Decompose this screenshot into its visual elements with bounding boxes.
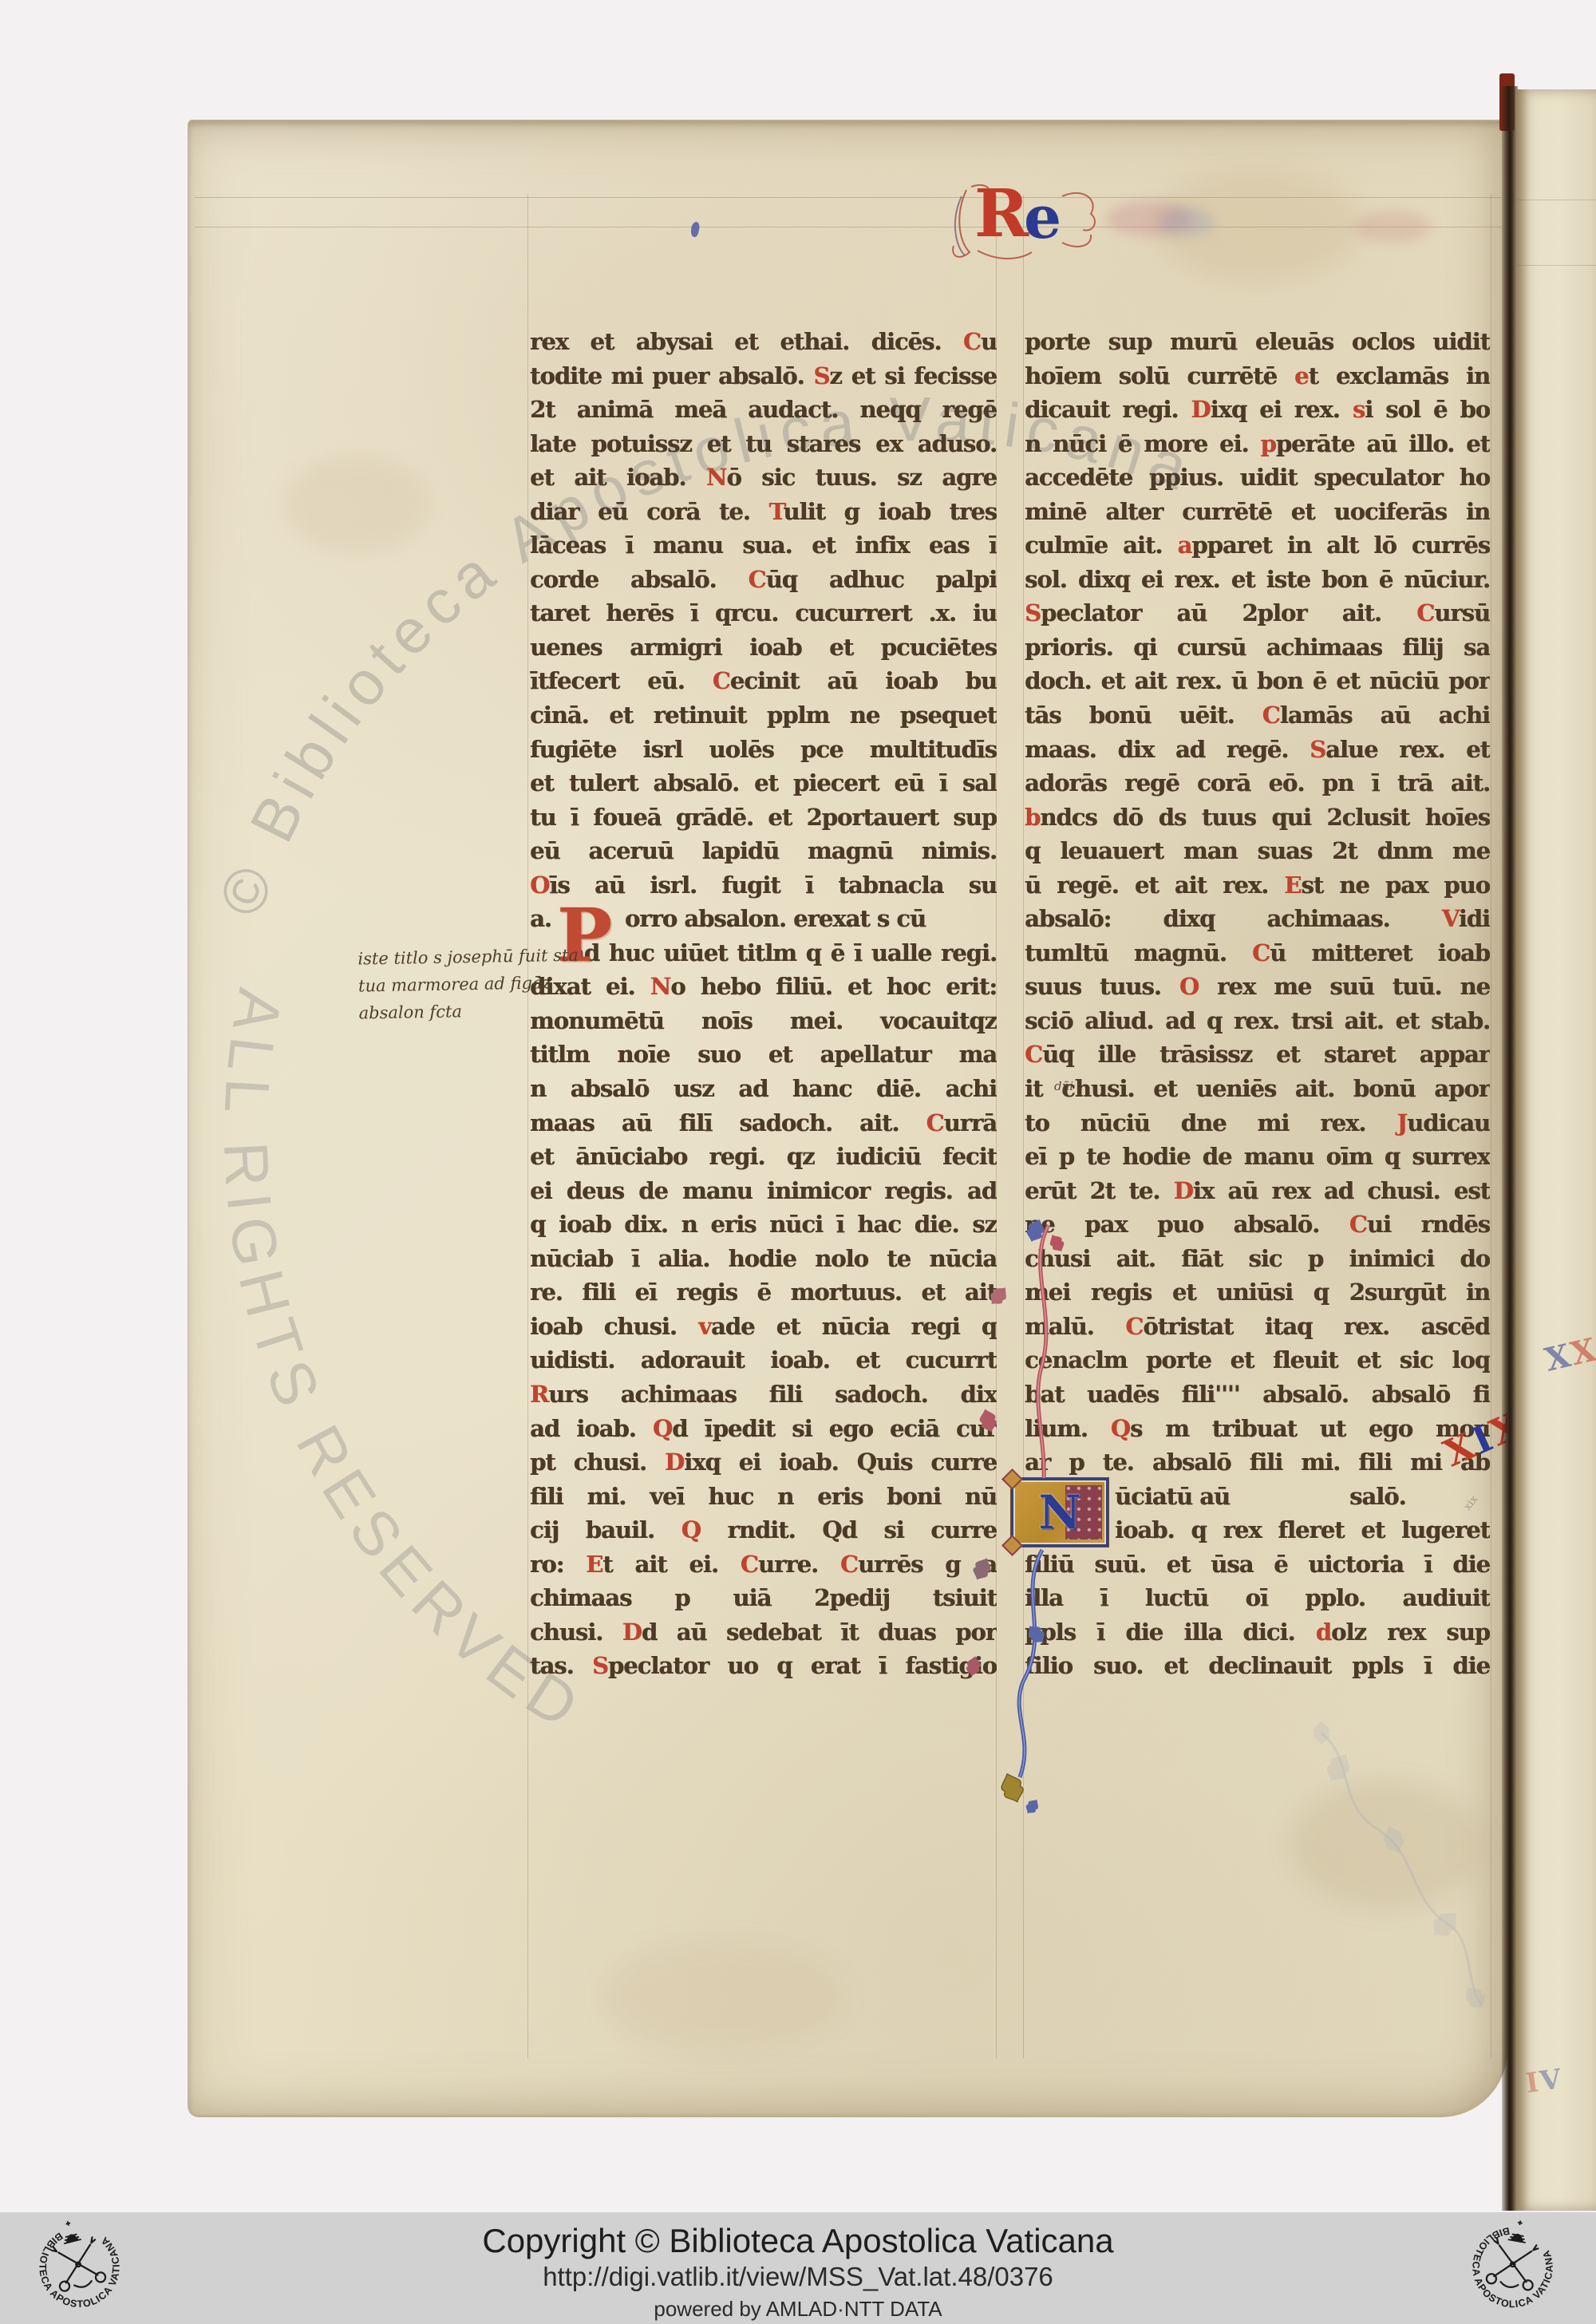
text-line: prioris. qi cursū achimaas filij sa (1025, 630, 1490, 665)
text-segment: chimaas p uiā 2pedij tsiuit (530, 1584, 997, 1611)
text-segment: uenes armigri ioab et pcuciētes (530, 634, 997, 661)
text-segment: t exclamās in (1308, 362, 1490, 389)
text-line: Cūq ille trāsissz et staret appar (1025, 1037, 1490, 1072)
marginal-note-line: absalon fcta (358, 995, 591, 1026)
text-segment: ūq ille trāsissz et staret appar (1042, 1041, 1490, 1068)
text-line: ei deus de manu inimicor regis. ad (530, 1174, 997, 1208)
text-segment: fili mi. veī huc n eris boni nū (530, 1483, 997, 1510)
text-line: eū aceruū lapidū magnū nimis. (530, 834, 997, 868)
text-segment: ū regē. et ait rex. (1025, 871, 1284, 899)
text-line: porte sup murū eleuās oclos uidit (1025, 325, 1490, 359)
chapter-numeral: V (1538, 2063, 1565, 2098)
rubricated-letter: N (650, 973, 671, 1000)
text-segment: corde absalō. (530, 566, 748, 593)
rubricated-letter: b (1025, 804, 1040, 831)
text-line: sciō aliud. ad q rex. trsi ait. et stab. (1025, 1004, 1490, 1038)
text-line: q ioab dix. n eris nūci ī hac die. sz (530, 1207, 997, 1242)
text-segment: alue rex. et (1325, 736, 1490, 763)
text-line: 2t animā meā audact. neqq regē (530, 393, 997, 427)
footer-url: http://digi.vatlib.it/view/MSS_Vat.lat.4… (0, 2262, 1596, 2292)
text-line: cij bauil. Q rndit. Qd si curre (530, 1513, 997, 1547)
ruling-line-horizontal (195, 197, 1502, 198)
text-segment: a. (530, 905, 551, 932)
text-line: titlm noīe suo et apellatur ma (530, 1037, 997, 1072)
footer-copyright: Copyright © Biblioteca Apostolica Vatica… (0, 2222, 1596, 2260)
text-segment: et ānūciabo regi. qz iudiciū fecit (530, 1143, 997, 1170)
text-line: chusi. Dd aū sedebat īt duas por (530, 1615, 997, 1650)
text-segment: suus tuus. (1025, 973, 1179, 1000)
rubricated-letter: D (622, 1618, 642, 1646)
text-segment: pparet in alt lō currēs (1191, 532, 1490, 559)
next-folio-edge: XX IV (1516, 89, 1596, 2211)
text-segment: tu ī foueā grādē. et 2portauert sup (530, 804, 997, 831)
text-segment: q ioab dix. n eris nūci ī hac die. sz (530, 1211, 997, 1238)
text-segment: dicauit regi. (1025, 396, 1191, 423)
text-line: q leuauert man suas 2t dnm me (1025, 834, 1490, 868)
text-segment: n nūci ē more ei. (1025, 430, 1261, 457)
text-segment: prioris. qi cursū achimaas filij sa (1025, 634, 1490, 661)
text-line: tu ī foueā grādē. et 2portauert sup (530, 800, 997, 835)
text-line: et tulert absalō. et piecert eū ī sal (530, 766, 997, 800)
text-line: chimaas p uiā 2pedij tsiuit (530, 1581, 997, 1615)
text-segment: it chusi. et ueniēs ait. bonū apor (1025, 1075, 1490, 1102)
text-segment: urs achimaas fili sadoch. dix (548, 1381, 997, 1408)
text-line: taret herēs ī qrcu. cucurrert .x. iu (530, 596, 997, 630)
text-segment: ad huc uiūet titlm q ē ī ualle regi. (570, 939, 997, 966)
ruling-line-horizontal (195, 227, 1502, 227)
text-segment: eū aceruū lapidū magnū nimis. (530, 837, 997, 864)
text-segment: porte sup murū eleuās oclos uidit (1025, 328, 1490, 355)
text-segment: ursū (1434, 599, 1490, 626)
rubricated-letter: Q (681, 1516, 701, 1543)
rubricated-letter: Q (653, 1415, 672, 1442)
rubricated-letter: C (713, 667, 730, 694)
text-segment: ū mitteret ioab (1270, 939, 1490, 966)
text-line: fili mi. veī huc n eris boni nū (530, 1480, 997, 1514)
text-line: eī p te hodie de manu oīm q surrex (1025, 1140, 1490, 1174)
parchment-stain (1154, 169, 1361, 281)
rubricated-letter: C (926, 1109, 943, 1136)
marginal-note-line: iste titlo s josephū fuit sta (358, 941, 590, 972)
text-line: hoīem solū currētē et exclamās in (1025, 359, 1490, 393)
text-segment: ioab. q rex fleret et lugeret (1115, 1516, 1490, 1543)
text-line: et ait ioab. Nō sic tuus. sz agre (530, 460, 997, 495)
text-line: tas. Speclator uo q erat ī fastigio (530, 1649, 997, 1683)
footer-bar: BIBLIOTECA APOSTOLICA VATICANA Copyright… (0, 2212, 1596, 2324)
rubricated-letter: C (963, 328, 981, 355)
text-line: rex et abysai et ethai. dicēs. Cu (530, 325, 997, 359)
rubricated-letter: a (1177, 532, 1191, 559)
running-header: R e (942, 172, 1134, 276)
text-line: et ānūciabo regi. qz iudiciū fecit (530, 1140, 997, 1174)
text-segment: perāte aū illo. et (1276, 430, 1490, 457)
text-segment: lamās aū achi (1280, 702, 1490, 729)
text-line: pt chusi. Dixq ei ioab. Quis curre (530, 1445, 997, 1480)
text-line: ūciatū aūsalō. (1115, 1480, 1490, 1514)
text-line: to nūciū dne mi rex. Judicau (1025, 1106, 1490, 1140)
text-segment: hoīem solū currētē (1025, 362, 1294, 389)
text-segment: chusi. (530, 1618, 622, 1646)
text-line: todite mi puer absalō. Sz et si fecisse (530, 359, 997, 393)
text-segment: ūq adhuc palpi (766, 566, 997, 593)
text-segment: accedēte ppius. uidit speculator ho (1025, 464, 1490, 491)
text-segment: et tulert absalō. et piecert eū ī sal (530, 769, 997, 796)
text-segment: nūciab ī alia. hodie nolo te nūcia (530, 1245, 997, 1272)
text-line: monumētū noīs mei. vocauitqz (530, 1004, 997, 1038)
text-segment: peclator aū 2plor ait. (1041, 599, 1416, 626)
text-segment: pt chusi. (530, 1449, 665, 1476)
text-line: nūciab ī alia. hodie nolo te nūcia (530, 1242, 997, 1276)
rubricated-letter: O (1179, 973, 1199, 1000)
rubricated-letter: V (1442, 905, 1459, 932)
bleed-smudge-blue (1158, 207, 1214, 236)
text-line: suus tuus. O rex me suū tuū. ne (1025, 970, 1490, 1004)
text-segment: urre. (758, 1551, 840, 1578)
text-line: re. fili eī regis ē mortuus. et ait (530, 1275, 997, 1310)
text-segment: tumltū magnū. (1025, 939, 1252, 966)
ink-blot (689, 221, 701, 238)
text-segment: ulit g ioab tres (783, 498, 997, 525)
header-letter-r: R (974, 176, 1029, 252)
ruling-line-vertical (527, 195, 528, 2058)
text-segment: culmīe ait. (1025, 532, 1177, 559)
text-line: diar eū corā te. Tulit g ioab tres (530, 495, 997, 529)
text-segment: ad ioab. (530, 1415, 653, 1442)
rubricated-letter: s (1353, 396, 1365, 423)
text-line: ū regē. et ait rex. Est ne pax puo (1025, 868, 1490, 903)
text-segment: maas. dix ad regē. (1025, 736, 1310, 763)
rubricated-letter: C (748, 566, 765, 593)
text-segment: st ne pax puo (1301, 871, 1490, 899)
text-segment: u (981, 328, 997, 355)
text-segment: ūciatū aū (1115, 1483, 1230, 1510)
text-segment: ō sic tuus. sz agre (726, 464, 997, 491)
text-line: erūt 2t te. Dix aū rex ad chusi. est (1025, 1174, 1490, 1208)
text-line: cinā. et retinuit pplm ne psequet (530, 698, 997, 733)
text-segment: uidisti. adorauit ioab. et cucurrt (530, 1346, 997, 1373)
scanned-manuscript-viewer: { "watermark": { "arc_top": "© Bibliotec… (0, 0, 1596, 2324)
rubricated-letter: C (1125, 1313, 1143, 1340)
text-segment: cinā. et retinuit pplm ne psequet (530, 702, 997, 729)
text-segment: q leuauert man suas 2t dnm me (1025, 837, 1490, 864)
ruling-line-horizontal (1516, 265, 1596, 266)
text-segment: erūt 2t te. (1025, 1177, 1174, 1204)
text-segment: sol. dixq ei rex. et iste bon ē nūciur. (1025, 566, 1490, 593)
header-letter-e: e (1024, 184, 1061, 252)
parchment-stain (284, 457, 428, 552)
vatican-library-logo-right: BIBLIOTECA APOSTOLICA VATICANA (1452, 2207, 1573, 2324)
interlinear-note: dñi (1054, 1079, 1073, 1093)
text-line: fugiēte isrl uolēs pce multitudīs (530, 733, 997, 767)
text-segment: re. fili eī regis ē mortuus. et ait (530, 1279, 997, 1306)
rubricated-letter: N (706, 464, 727, 491)
text-segment: sciō aliud. ad q rex. trsi ait. et stab. (1025, 1007, 1490, 1034)
next-chapter-number-xx: XX (1542, 1330, 1596, 1379)
rubricated-letter: C (1349, 1211, 1367, 1238)
text-line: dicauit regi. Dixq ei rex. si sol ē bo (1025, 393, 1490, 427)
text-segment: fugiēte isrl uolēs pce multitudīs (530, 736, 997, 763)
text-line: ad ioab. Qd īpedit si ego eciā cur (530, 1412, 997, 1446)
text-segment: late potuissz et tu stares ex aduso. (530, 430, 997, 457)
rubricated-letter: C (1262, 702, 1280, 729)
text-segment: titlm noīe suo et apellatur ma (530, 1041, 997, 1068)
text-segment: cij bauil. (530, 1516, 681, 1543)
text-segment: ro: (530, 1551, 586, 1578)
text-line: accedēte ppius. uidit speculator ho (1025, 460, 1490, 495)
text-segment: z et si fecisse (829, 362, 997, 389)
text-line: maas. dix ad regē. Salue rex. et (1025, 733, 1490, 767)
text-segment: olz rex sup (1331, 1618, 1490, 1646)
binding-gutter (1502, 86, 1518, 2211)
text-line: ro: Et ait ei. Curre. Currēs g a (530, 1547, 997, 1582)
rubricated-letter: R (530, 1381, 548, 1408)
rubricated-letter: S (813, 362, 829, 389)
text-line: adorās regē corā eō. pn ī trā ait. (1025, 766, 1490, 800)
rubricated-letter: S (592, 1652, 608, 1679)
text-segment: maas aū filī sadoch. ait. (530, 1109, 926, 1136)
marginal-note: iste titlo s josephū fuit sta tua marmor… (358, 941, 591, 1026)
text-segment: taret herēs ī qrcu. cucurrert .x. iu (530, 599, 997, 626)
text-segment: s m tribuat ut ego mou (1130, 1415, 1490, 1442)
text-segment: īs aū isrl. fugit ī tabnacla su (549, 871, 997, 899)
text-segment: minē alter currētē et uociferās in (1025, 498, 1490, 525)
text-segment: absalō: dixq achimaas. (1025, 905, 1442, 932)
text-segment: ei deus de manu inimicor regis. ad (530, 1177, 997, 1204)
text-line: ītfecert eū. Cecinit aū ioab bu (530, 664, 997, 698)
rubricated-letter: E (1284, 871, 1301, 899)
text-line: lāceas ī manu sua. et infix eas ī (530, 528, 997, 563)
ruling-line-horizontal (1516, 200, 1596, 200)
text-segment: t ait ei. (602, 1551, 741, 1578)
text-segment: peclator uo q erat ī fastigio (608, 1652, 997, 1679)
rubricated-letter: C (1416, 599, 1434, 626)
text-line: Rurs achimaas fili sadoch. dix (530, 1377, 997, 1412)
rubricated-letter: O (530, 871, 549, 899)
marginal-note-line: tua marmorea ad figāz (358, 968, 591, 999)
rubricated-letter: C (1025, 1041, 1042, 1068)
papal-tiara-icon (1508, 2219, 1529, 2243)
text-segment: tās bonū uēit. (1025, 702, 1262, 729)
text-segment: urrā (944, 1109, 997, 1136)
text-segment: ōtristat itaq rex. ascēd (1143, 1313, 1490, 1340)
text-segment: rex me suū tuū. ne (1199, 973, 1490, 1000)
text-segment: diar eū corā te. (530, 498, 768, 525)
showthrough-vine-icon (1290, 1709, 1497, 2053)
rubricated-letter: J (1396, 1109, 1407, 1136)
text-segment: et ait ioab. (530, 464, 706, 491)
text-line: corde absalō. Cūq adhuc palpi (530, 563, 997, 597)
rubricated-letter: D (1174, 1177, 1193, 1204)
rubricated-letter: C (1252, 939, 1270, 966)
text-segment: n absalō usz ad hanc diē. achi (530, 1075, 997, 1102)
parchment-stain (603, 1941, 843, 2053)
text-segment: ui rndēs (1367, 1211, 1490, 1238)
text-segment: orro absalon. erexat s cū (625, 905, 926, 932)
faint-edge-mark: IV (1523, 2063, 1564, 2100)
text-line: bndcs dō ds tuus qui 2clusit hoīes (1025, 800, 1490, 835)
rubricated-letter: d (1316, 1618, 1331, 1646)
text-segment: adorās regē corā eō. pn ī trā ait. (1025, 769, 1490, 796)
rubricated-letter: D (665, 1449, 684, 1476)
text-line: absalō: dixq achimaas. Vidi (1025, 902, 1490, 936)
text-segment: o hebo filiū. et hoc erit: (670, 973, 997, 1000)
text-segment: i sol ē bo (1365, 396, 1490, 423)
text-line: Speclator aū 2plor ait. Cursū (1025, 596, 1490, 630)
rubricated-letter: T (768, 498, 783, 525)
text-line: ad huc uiūet titlm q ē ī ualle regi. (570, 936, 997, 970)
text-line: ioab chusi. vade et nūcia regi q (530, 1310, 997, 1344)
text-line: n nūci ē more ei. pperāte aū illo. et (1025, 427, 1490, 461)
text-segment: 2t animā meā audact. neqq regē (530, 396, 997, 423)
text-line: culmīe ait. apparet in alt lō currēs (1025, 528, 1490, 563)
manuscript-page: © Biblioteca Apostolica Vaticana ALL RIG… (188, 120, 1507, 2117)
footer-powered-by: powered by AMLAD·NTT DATA (0, 2297, 1596, 2322)
text-line: tās bonū uēit. Clamās aū achi (1025, 698, 1490, 733)
text-segment: idi (1459, 905, 1490, 932)
text-line: uidisti. adorauit ioab. et cucurrt (530, 1343, 997, 1377)
rubricated-letter: S (1025, 599, 1041, 626)
text-segment: todite mi puer absalō. (530, 362, 813, 389)
text-segment: doch. et ait rex. ū bon ē et nūciū por (1025, 667, 1490, 694)
rubricated-letter: C (840, 1551, 858, 1578)
text-line: uenes armigri ioab et pcuciētes (530, 630, 997, 665)
text-line: n absalō usz ad hanc diē. achi (530, 1072, 997, 1106)
text-segment: ix aū rex ad chusi. est (1193, 1177, 1490, 1204)
text-segment: ītfecert eū. (530, 667, 713, 694)
rubricated-letter: C (741, 1551, 758, 1578)
text-column-1: rex et abysai et ethai. dicēs. Cutodite … (530, 325, 997, 1683)
text-segment: lāceas ī manu sua. et infix eas ī (530, 532, 997, 559)
rubricated-letter: e (1294, 362, 1308, 389)
rubricated-letter: S (1310, 736, 1325, 763)
text-segment: ndcs dō ds tuus qui 2clusit hoīes (1040, 804, 1490, 831)
text-line: ioab. q rex fleret et lugeret (1115, 1513, 1490, 1547)
rubricated-letter: D (1191, 396, 1210, 423)
text-segment: rex et abysai et ethai. dicēs. (530, 328, 963, 355)
text-segment: eī p te hodie de manu oīm q surrex (1025, 1143, 1490, 1170)
text-segment: ixq ei rex. (1211, 396, 1353, 423)
text-segment: to nūciū dne mi rex. (1025, 1109, 1396, 1136)
rubricated-letter: v (698, 1313, 711, 1340)
text-line: late potuissz et tu stares ex aduso. (530, 427, 997, 461)
text-segment: udicau (1407, 1109, 1490, 1136)
rubricated-letter: Q (1111, 1415, 1130, 1442)
text-segment: ecinit aū ioab bu (730, 667, 997, 694)
crossed-keys-icon (1486, 2238, 1540, 2291)
text-line: maas aū filī sadoch. ait. Currā (530, 1106, 997, 1140)
rubricated-letter: E (586, 1551, 602, 1578)
text-line: tumltū magnū. Cū mitteret ioab (1025, 936, 1490, 970)
vine-ornament-icon (946, 1219, 1106, 1825)
text-line: doch. et ait rex. ū bon ē et nūciū por (1025, 664, 1490, 698)
text-line: sol. dixq ei rex. et iste bon ē nūciur. (1025, 563, 1490, 597)
rubricated-letter: p (1261, 430, 1276, 457)
text-line: minē alter currētē et uociferās in (1025, 495, 1490, 529)
text-segment: tas. (530, 1652, 592, 1679)
text-segment: salō. (1349, 1483, 1406, 1510)
text-segment: d aū sedebat īt duas por (642, 1618, 997, 1646)
text-segment: ioab chusi. (530, 1313, 698, 1340)
text-segment: monumētū noīs mei. vocauitqz (530, 1007, 997, 1034)
text-line: it chusi. et ueniēs ait. bonū apor (1025, 1072, 1490, 1106)
